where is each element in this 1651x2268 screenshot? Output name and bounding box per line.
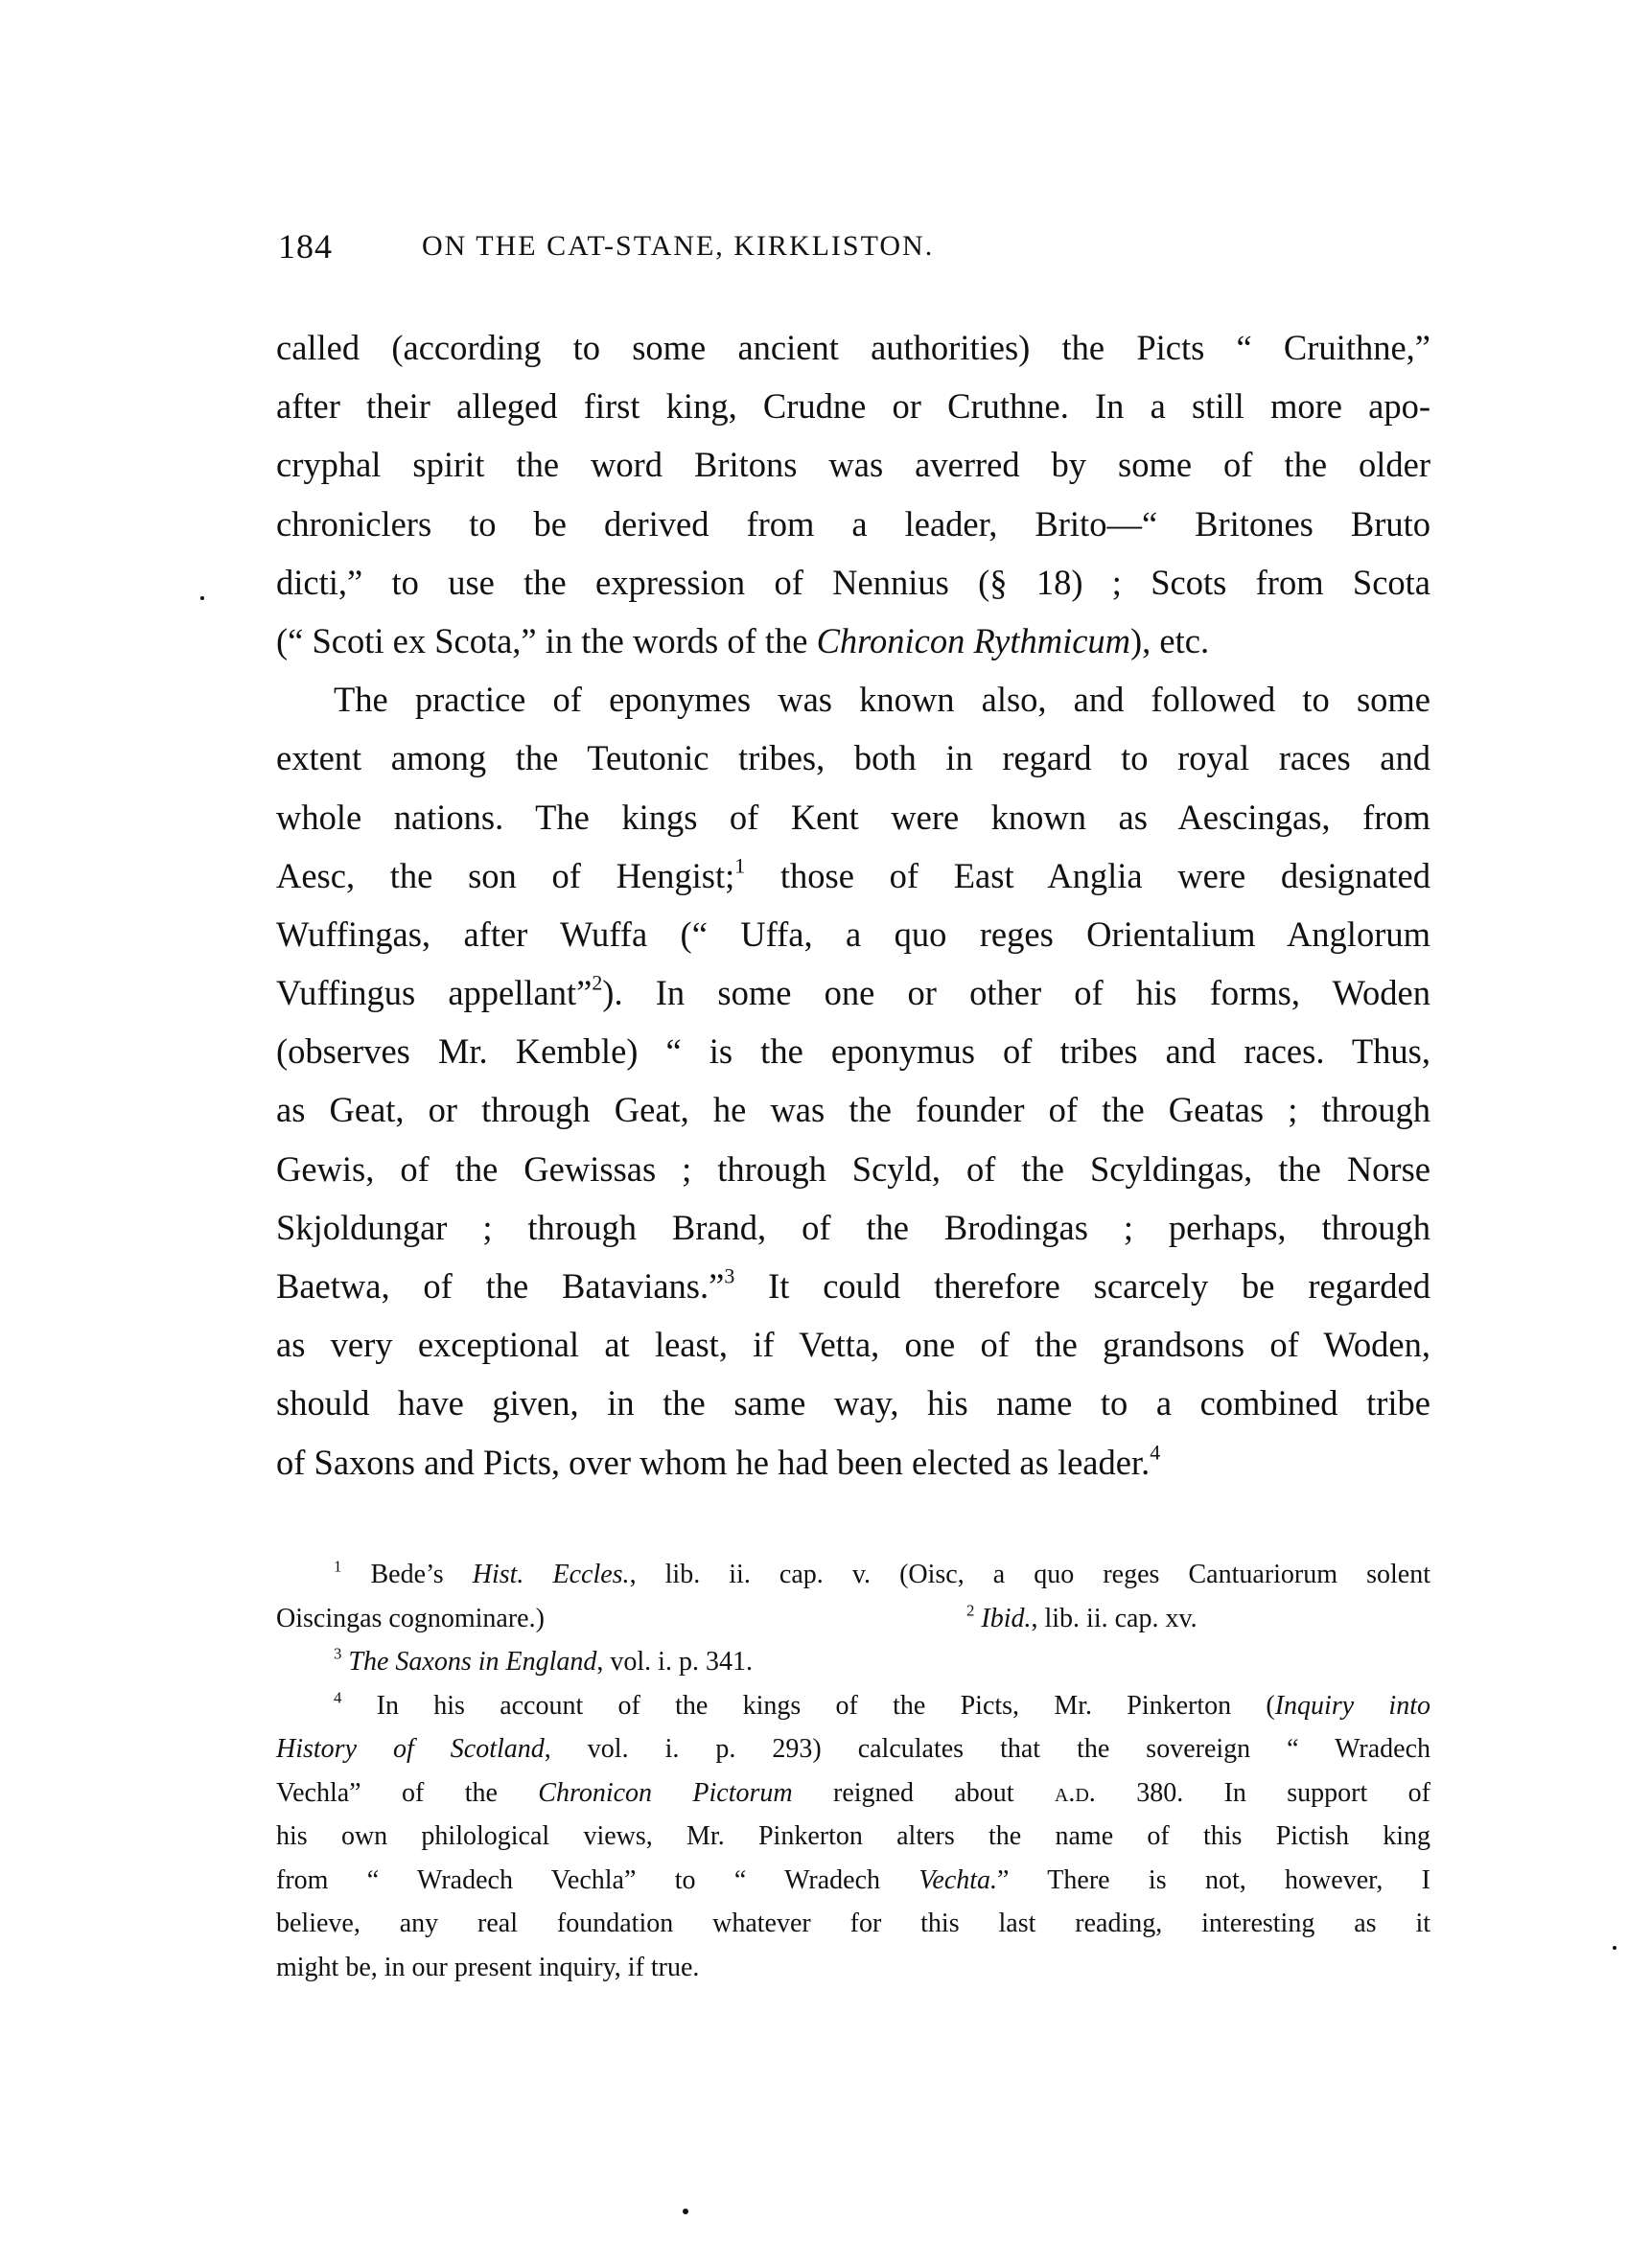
italic-title: Ibid. [981, 1604, 1031, 1633]
text-run: Vuffingus appellant” [276, 973, 592, 1012]
text-run: Aesc, the son of Hengist; [276, 856, 734, 895]
text-line: as Geat, or through Geat, he was the fou… [276, 1080, 1430, 1139]
text-line: extent among the Teutonic tribes, both i… [276, 729, 1430, 787]
text-run: , vol. i. p. 341. [596, 1647, 753, 1677]
text-run: ), etc. [1130, 621, 1209, 660]
text-line: (“ Scoti ex Scota,” in the words of the … [276, 612, 1430, 670]
footnote-4-line: his own philological views, Mr. Pinkerto… [276, 1815, 1430, 1859]
footnote-4-line: believe, any real foundation whatever fo… [276, 1902, 1430, 1946]
text-run: ). In some one or other of his forms, Wo… [602, 973, 1430, 1012]
text-run: those of East Anglia were designated [745, 856, 1430, 895]
text-run: of Saxons and Picts, over whom he had be… [276, 1443, 1150, 1482]
text-run: Vechla” of the [276, 1778, 538, 1808]
text-line: chroniclers to be derived from a leader,… [276, 495, 1430, 553]
text-line: of Saxons and Picts, over whom he had be… [276, 1433, 1430, 1492]
footnotes: 1 Bede’s Hist. Eccles., lib. ii. cap. v.… [276, 1553, 1430, 1989]
text-line: Skjoldungar ; through Brand, of the Brod… [276, 1198, 1430, 1257]
page-number: 184 [278, 226, 333, 266]
footnote-ref[interactable]: 1 [734, 853, 745, 877]
footnote-1: 1 Bede’s Hist. Eccles., lib. ii. cap. v.… [276, 1553, 1430, 1597]
text-run: 380. In support of [1096, 1778, 1430, 1808]
footnote-ref[interactable]: 4 [1150, 1440, 1160, 1464]
scan-speck [1613, 1946, 1616, 1950]
text-line: dicti,” to use the expression of Nennius… [276, 553, 1430, 612]
text-line: Aesc, the son of Hengist;1 those of East… [276, 846, 1430, 905]
text-run: reigned about [793, 1778, 1055, 1808]
main-text: called (according to some ancient author… [276, 318, 1430, 1492]
text-run: It could therefore scarcely be regarded [734, 1266, 1430, 1306]
footnote-number: 3 [334, 1644, 341, 1662]
footnote-4-line: 4 In his account of the kings of the Pic… [276, 1684, 1430, 1728]
text-line: after their alleged first king, Crudne o… [276, 377, 1430, 435]
text-run: (“ Scoti ex Scota,” in the words of the [276, 621, 817, 660]
italic-title: The Saxons in England [348, 1647, 596, 1677]
text-run: , lib. ii. cap. xv. [1032, 1604, 1198, 1633]
text-line: Vuffingus appellant”2). In some one or o… [276, 963, 1430, 1022]
footnote-ref[interactable]: 3 [724, 1264, 734, 1288]
footnote-3: 3 The Saxons in England, vol. i. p. 341. [276, 1640, 1430, 1684]
footnote-4-line: Vechla” of the Chronicon Pictorum reigne… [276, 1771, 1430, 1816]
text-line: Wuffingas, after Wuffa (“ Uffa, a quo re… [276, 905, 1430, 963]
italic-title: Hist. Eccles. [473, 1560, 630, 1589]
text-line: Gewis, of the Gewissas ; through Scyld, … [276, 1140, 1430, 1198]
text-run: Oiscingas cognominare.) [276, 1604, 545, 1633]
italic-title: Chronicon Pictorum [538, 1778, 792, 1808]
text-run: , vol. i. p. 293) calculates that the so… [545, 1734, 1430, 1764]
footnote-number: 2 [966, 1601, 974, 1619]
text-line: as very exceptional at least, if Vetta, … [276, 1315, 1430, 1374]
text-run: Bede’s [341, 1560, 472, 1589]
italic-title: Inquiry into [1275, 1691, 1430, 1721]
text-line: The practice of eponymes was known also,… [276, 670, 1430, 729]
text-run: Baetwa, of the Batavians.” [276, 1266, 724, 1306]
text-line: should have given, in the same way, his … [276, 1374, 1430, 1432]
text-line: whole nations. The kings of Kent were kn… [276, 788, 1430, 846]
footnote-4-line: might be, in our present inquiry, if tru… [276, 1946, 1430, 1990]
footnote-2: 2 Ibid., lib. ii. cap. xv. [966, 1597, 1198, 1641]
page-header: 184 ON THE CAT-STANE, KIRKLISTON. [278, 226, 1429, 268]
text-run: , lib. ii. cap. v. (Oisc, a quo reges Ca… [630, 1560, 1430, 1589]
running-title: ON THE CAT-STANE, KIRKLISTON. [422, 230, 934, 263]
era-abbrev: a.d. [1055, 1778, 1096, 1808]
scan-speck [200, 596, 204, 600]
text-line: (observes Mr. Kemble) “ is the eponymus … [276, 1022, 1430, 1080]
italic-title: Chronicon Rythmicum [817, 621, 1130, 660]
italic-title: History of Scotland [276, 1734, 545, 1764]
footnote-1-2-line: Oiscingas cognominare.)2 Ibid., lib. ii.… [276, 1597, 1430, 1641]
book-page: 184 ON THE CAT-STANE, KIRKLISTON. called… [0, 0, 1651, 2268]
text-line: cryphal spirit the word Britons was aver… [276, 435, 1430, 494]
scan-speck [683, 2209, 688, 2214]
footnote-ref[interactable]: 2 [592, 971, 602, 995]
italic-title: Vechta. [919, 1865, 997, 1895]
text-run: ” There is not, however, I [997, 1865, 1430, 1895]
footnote-4-line: from “ Wradech Vechla” to “ Wradech Vech… [276, 1859, 1430, 1903]
text-run: In his account of the kings of the Picts… [341, 1691, 1274, 1721]
text-line: Baetwa, of the Batavians.”3 It could the… [276, 1257, 1430, 1315]
text-line: called (according to some ancient author… [276, 318, 1430, 377]
text-run: from “ Wradech Vechla” to “ Wradech [276, 1865, 919, 1895]
footnote-4-line: History of Scotland, vol. i. p. 293) cal… [276, 1727, 1430, 1771]
